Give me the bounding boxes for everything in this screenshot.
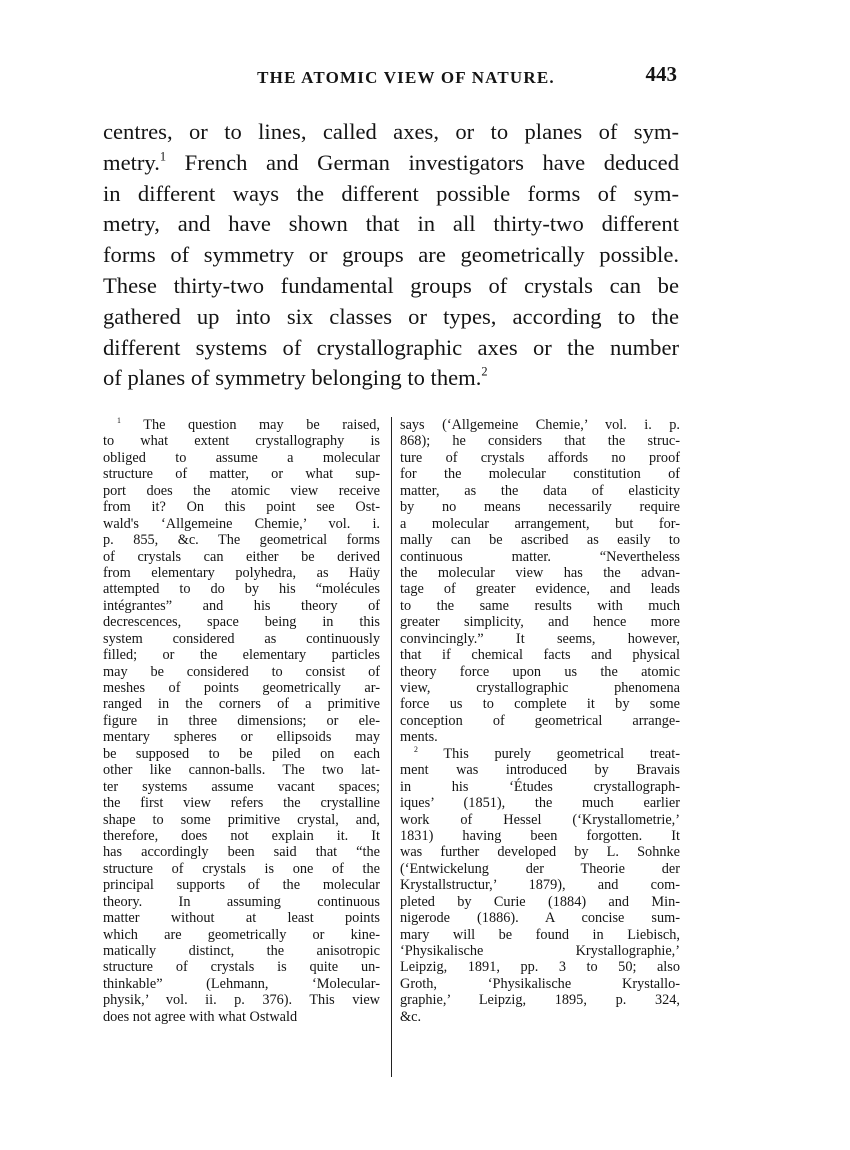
footnote-line: ranged in the corners of a primitive — [103, 696, 380, 712]
footnote-line: structure of matter, or what sup- — [103, 466, 380, 482]
footnote-line: mally can be ascribed as easily to — [400, 532, 680, 548]
footnote-line: matter, as the data of elasticity — [400, 483, 680, 499]
footnote-line: structure of crystals is one of the — [103, 861, 380, 877]
footnote-line: wald's ‘Allgemeine Chemie,’ vol. i. — [103, 516, 380, 532]
body-line: metry.1 French and German investigators … — [103, 148, 679, 179]
footnote-line: to what extent crystallography is — [103, 433, 380, 449]
footnote-line: 1831) having been forgotten. It — [400, 828, 680, 844]
footnote-marker: 2 — [481, 365, 487, 379]
footnote-line: tage of greater evidence, and leads — [400, 581, 680, 597]
running-header: THE ATOMIC VIEW OF NATURE. 443 — [103, 62, 679, 92]
footnote-line: 1 The question may be raised, — [103, 417, 380, 433]
footnote-line: was further developed by L. Sohnke — [400, 844, 680, 860]
footnote-line: graphie,’ Leipzig, 1895, p. 324, — [400, 992, 680, 1008]
footnote-line: Groth, ‘Physikalische Krystallo- — [400, 976, 680, 992]
footnote-line: structure of crystals is quite un- — [103, 959, 380, 975]
body-line: These thirty-two fundamental groups of c… — [103, 271, 679, 302]
footnote-line: force us to complete it by some — [400, 696, 680, 712]
footnote-marker: 1 — [160, 149, 166, 163]
footnote-line: says (‘Allgemeine Chemie,’ vol. i. p. — [400, 417, 680, 433]
footnote-line: (‘Entwickelung der Theorie der — [400, 861, 680, 877]
footnote-line: shape to some primitive crystal, and, — [103, 812, 380, 828]
footnote-line: ture of crystals affords no proof — [400, 450, 680, 466]
footnote-line: may be considered to consist of — [103, 664, 380, 680]
footnote-line: to the same results with much — [400, 598, 680, 614]
footnote-line: filled; or the elementary particles — [103, 647, 380, 663]
footnote-line: 868); he considers that the struc- — [400, 433, 680, 449]
footnote-line: the molecular view has the advan- — [400, 565, 680, 581]
footnote-line: ments. — [400, 729, 680, 745]
footnote-line: conception of geometrical arrange- — [400, 713, 680, 729]
body-paragraph: centres, or to lines, called axes, or to… — [103, 117, 679, 394]
footnote-line: obliged to assume a molecular — [103, 450, 380, 466]
footnote-line: figure in three dimensions; or ele- — [103, 713, 380, 729]
footnote-line: in his ‘Études crystallograph- — [400, 779, 680, 795]
footnote-line: work of Hessel (‘Krystallometrie,’ — [400, 812, 680, 828]
footnote-line: nigerode (1886). A concise sum- — [400, 910, 680, 926]
footnote-line: mentary spheres or ellipsoids may — [103, 729, 380, 745]
footnote-line: mary will be found in Liebisch, — [400, 927, 680, 943]
body-line: centres, or to lines, called axes, or to… — [103, 117, 679, 148]
footnote-line: the first view refers the crystalline — [103, 795, 380, 811]
footnote-line: for the molecular constitution of — [400, 466, 680, 482]
column-divider — [391, 417, 392, 1077]
footnote-line: ter systems assume vacant spaces; — [103, 779, 380, 795]
footnote-line: which are geometrically or kine- — [103, 927, 380, 943]
footnote-line: physik,’ vol. ii. p. 376). This view — [103, 992, 380, 1008]
footnote-line: system considered as continuously — [103, 631, 380, 647]
footnote-line: decrescences, space being in this — [103, 614, 380, 630]
footnote-line: p. 855, &c. The geometrical forms — [103, 532, 380, 548]
footnote-line: continuous matter. “Nevertheless — [400, 549, 680, 565]
footnote-line: ment was introduced by Bravais — [400, 762, 680, 778]
footnote-line: be supposed to be piled on each — [103, 746, 380, 762]
footnote-line: convincingly.” It seems, however, — [400, 631, 680, 647]
footnote-line: a molecular arrangement, but for- — [400, 516, 680, 532]
footnote-line: matically distinct, the anisotropic — [103, 943, 380, 959]
footnote-line: pleted by Curie (1884) and Min- — [400, 894, 680, 910]
footnote-line: intégrantes” and his theory of — [103, 598, 380, 614]
body-line: different systems of crystallographic ax… — [103, 333, 679, 364]
body-line: in different ways the different possible… — [103, 179, 679, 210]
footnote-marker: 2 — [414, 745, 418, 754]
footnote-line: theory force upon us the atomic — [400, 664, 680, 680]
footnote-marker: 1 — [117, 416, 121, 425]
body-line: of planes of symmetry belonging to them.… — [103, 363, 679, 394]
footnote-line: view, crystallographic phenomena — [400, 680, 680, 696]
footnote-line: greater simplicity, and hence more — [400, 614, 680, 630]
body-line: gathered up into six classes or types, a… — [103, 302, 679, 333]
footnote-line: 2 This purely geometrical treat- — [400, 746, 680, 762]
footnote-line: thinkable” (Lehmann, ‘Molecular- — [103, 976, 380, 992]
footnote-line: other like cannon-balls. The two lat- — [103, 762, 380, 778]
footnote-line: from it? On this point see Ost- — [103, 499, 380, 515]
running-title: THE ATOMIC VIEW OF NATURE. — [103, 68, 679, 88]
body-line: forms of symmetry or groups are geometri… — [103, 240, 679, 271]
footnote-line: attempted to do by his “molécules — [103, 581, 380, 597]
page-number: 443 — [646, 62, 678, 87]
footnote-line: does not agree with what Ostwald — [103, 1009, 380, 1025]
body-line: metry, and have shown that in all thirty… — [103, 209, 679, 240]
footnote-line: Leipzig, 1891, pp. 3 to 50; also — [400, 959, 680, 975]
footnote-line: matter without at least points — [103, 910, 380, 926]
footnote-line: meshes of points geometrically ar- — [103, 680, 380, 696]
footnote-line: that if chemical facts and physical — [400, 647, 680, 663]
footnote-line: iques’ (1851), the much earlier — [400, 795, 680, 811]
footnotes-left-column: 1 The question may be raised,to what ext… — [103, 417, 380, 1025]
footnote-line: &c. — [400, 1009, 680, 1025]
footnote-line: Krystallstructur,’ 1879), and com- — [400, 877, 680, 893]
footnote-line: by no means necessarily require — [400, 499, 680, 515]
footnotes-right-column: says (‘Allgemeine Chemie,’ vol. i. p.868… — [400, 417, 680, 1025]
footnote-line: has accordingly been said that “the — [103, 844, 380, 860]
footnote-line: from elementary polyhedra, as Haüy — [103, 565, 380, 581]
footnote-line: theory. In assuming continuous — [103, 894, 380, 910]
footnote-line: of crystals can either be derived — [103, 549, 380, 565]
footnote-line: principal supports of the molecular — [103, 877, 380, 893]
footnote-line: port does the atomic view receive — [103, 483, 380, 499]
footnote-line: therefore, does not explain it. It — [103, 828, 380, 844]
footnote-line: ‘Physikalische Krystallographie,’ — [400, 943, 680, 959]
